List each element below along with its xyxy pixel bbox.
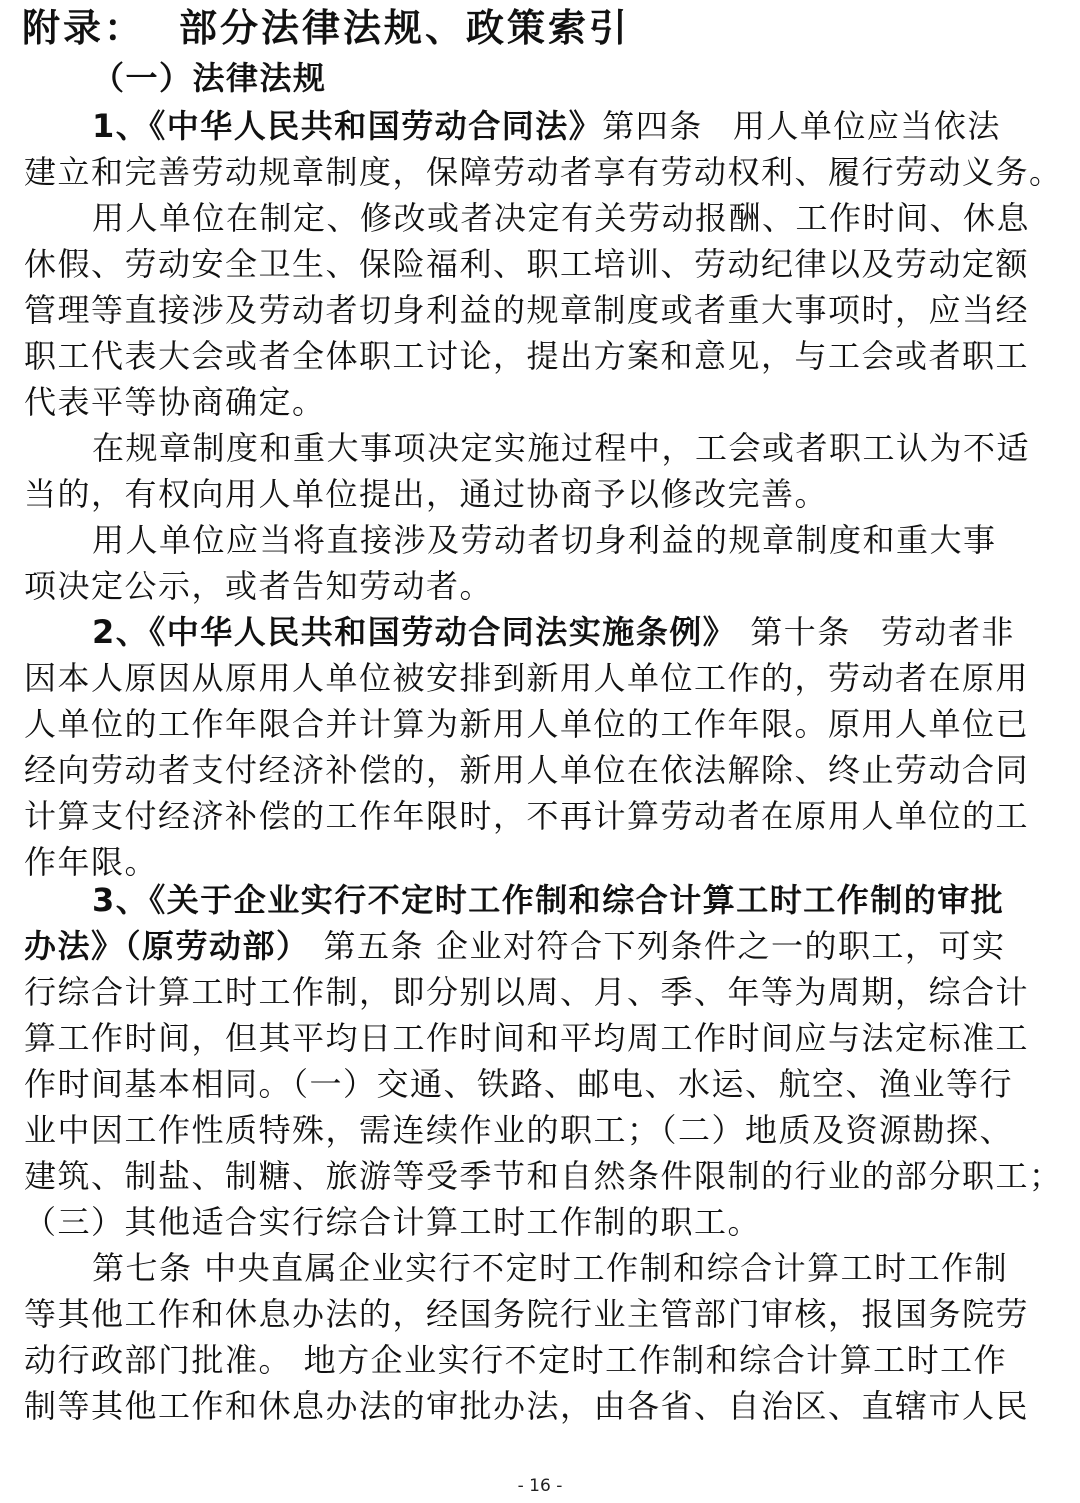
title-text: 部分法律法规、政策索引 xyxy=(179,6,630,50)
paragraph-line: 第七条 中央直属企业实行不定时工作制和综合计算工时工作制 xyxy=(92,1248,1008,1288)
law-item-2-heading: 2、《中华人民共和国劳动合同法实施条例》第十条劳动者非 xyxy=(92,612,1015,652)
paragraph-line: 休假、劳动安全卫生、保险福利、职工培训、劳动纪律以及劳动定额 xyxy=(24,244,1029,284)
item-number: 3、 xyxy=(92,881,149,919)
paragraph-line: 计算支付经济补偿的工作年限时，不再计算劳动者在原用人单位的工 xyxy=(24,796,1029,836)
paragraph-line: 用人单位在制定、修改或者决定有关劳动报酬、工作时间、休息 xyxy=(92,198,1030,238)
title-prefix: 附录： xyxy=(22,6,145,50)
law-title: 办法》（原劳动部） xyxy=(24,927,310,965)
paragraph-line: 用人单位应当依法 xyxy=(733,107,1001,145)
article-number: 第四条 xyxy=(602,107,703,145)
law-item-3-title-cont: 办法》（原劳动部）第五条企业对符合下列条件之一的职工，可实 xyxy=(24,926,1006,966)
paragraph-line: 因本人原因从原用人单位被安排到新用人单位工作的，劳动者在原用 xyxy=(24,658,1029,698)
law-item-3-heading: 3、《关于企业实行不定时工作制和综合计算工时工作制的审批 xyxy=(92,880,1004,920)
paragraph-line: （三）其他适合实行综合计算工时工作制的职工。 xyxy=(24,1202,761,1242)
paragraph-line: 作年限。 xyxy=(24,842,158,882)
paragraph-line: 劳动者非 xyxy=(881,613,1015,651)
paragraph-line: 制等其他工作和休息办法的审批办法，由各省、自治区、直辖市人民 xyxy=(24,1386,1029,1426)
article-number: 第十条 xyxy=(750,613,851,651)
page-title: 附录：部分法律法规、政策索引 xyxy=(22,8,630,48)
item-number: 1、 xyxy=(92,107,149,145)
paragraph-line: 在规章制度和重大事项决定实施过程中，工会或者职工认为不适 xyxy=(92,428,1030,468)
paragraph-line: 行综合计算工时工作制，即分别以周、月、季、年等为周期，综合计 xyxy=(24,972,1029,1012)
law-title: 《中华人民共和国劳动合同法》 xyxy=(149,107,602,145)
paragraph-line: 动行政部门批准。 地方企业实行不定时工作制和综合计算工时工作 xyxy=(24,1340,1007,1380)
law-title: 《中华人民共和国劳动合同法实施条例》 xyxy=(149,613,736,651)
paragraph-line: 用人单位应当将直接涉及劳动者切身利益的规章制度和重大事 xyxy=(92,520,997,560)
paragraph-line: 算工作时间，但其平均日工作时间和平均周工作时间应与法定标准工 xyxy=(24,1018,1029,1058)
paragraph-line: 建筑、制盐、制糖、旅游等受季节和自然条件限制的行业的部分职工； xyxy=(24,1156,1063,1196)
document-page: 附录：部分法律法规、政策索引 （一）法律法规 1、《中华人民共和国劳动合同法》第… xyxy=(0,0,1080,1503)
paragraph-line: 经向劳动者支付经济补偿的，新用人单位在依法解除、终止劳动合同 xyxy=(24,750,1029,790)
paragraph-line: 企业对符合下列条件之一的职工，可实 xyxy=(436,927,1006,965)
paragraph-line: 人单位的工作年限合并计算为新用人单位的工作年限。原用人单位已 xyxy=(24,704,1029,744)
page-number: - 16 - xyxy=(0,1476,1080,1496)
section-heading: （一）法律法规 xyxy=(92,58,327,98)
article-number: 第五条 xyxy=(324,927,425,965)
paragraph-line: 项决定公示，或者告知劳动者。 xyxy=(24,566,493,606)
paragraph-line: 建立和完善劳动规章制度，保障劳动者享有劳动权利、履行劳动义务。 xyxy=(24,152,1063,192)
law-title: 《关于企业实行不定时工作制和综合计算工时工作制的审批 xyxy=(149,881,1004,919)
law-item-1-heading: 1、《中华人民共和国劳动合同法》第四条用人单位应当依法 xyxy=(92,106,1001,146)
paragraph-line: 职工代表大会或者全体职工讨论，提出方案和意见，与工会或者职工 xyxy=(24,336,1029,376)
paragraph-line: 业中因工作性质特殊，需连续作业的职工；（二）地质及资源勘探、 xyxy=(24,1110,1013,1150)
paragraph-line: 代表平等协商确定。 xyxy=(24,382,326,422)
paragraph-line: 作时间基本相同。（一）交通、铁路、邮电、水运、航空、渔业等行 xyxy=(24,1064,1013,1104)
paragraph-line: 管理等直接涉及劳动者切身利益的规章制度或者重大事项时，应当经 xyxy=(24,290,1029,330)
paragraph-line: 当的，有权向用人单位提出，通过协商予以修改完善。 xyxy=(24,474,828,514)
item-number: 2、 xyxy=(92,613,149,651)
paragraph-line: 等其他工作和休息办法的，经国务院行业主管部门审核，报国务院劳 xyxy=(24,1294,1029,1334)
